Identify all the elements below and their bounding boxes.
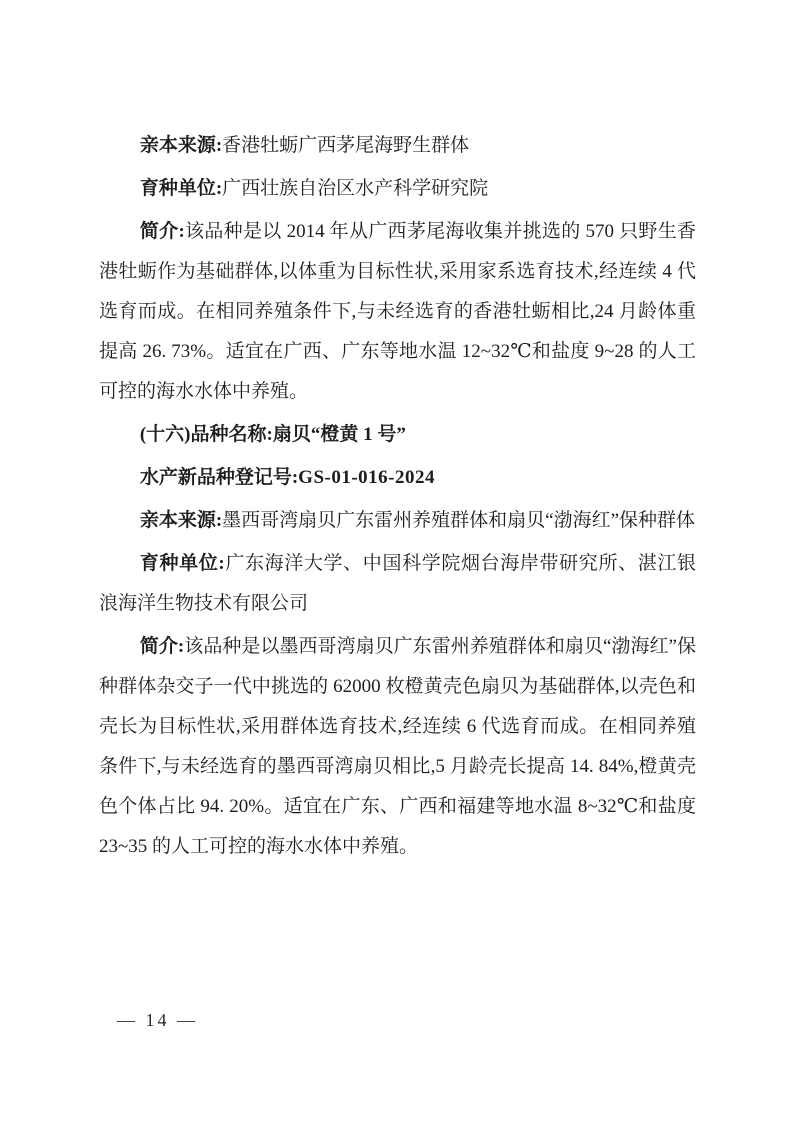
document-body: 亲本来源:香港牡蛎广西茅尾海野生群体 育种单位:广西壮族自治区水产科学研究院 简… <box>99 126 696 870</box>
field-value: 广西壮族自治区水产科学研究院 <box>222 178 488 199</box>
field-label: 亲本来源: <box>140 510 222 531</box>
field-introduction-1: 简介:该品种是以 2014 年从广西茅尾海收集并挑选的 570 只野生香港牡蛎作… <box>99 212 696 412</box>
heading-label: (十六)品种名称: <box>140 424 273 445</box>
field-label: 亲本来源: <box>140 135 222 156</box>
field-parent-source-2: 亲本来源:墨西哥湾扇贝广东雷州养殖群体和扇贝“渤海红”保种群体 <box>99 501 696 541</box>
field-value: 墨西哥湾扇贝广东雷州养殖群体和扇贝“渤海红”保种群体 <box>222 510 695 531</box>
field-label: 育种单位: <box>140 553 225 574</box>
field-value: GS-01-016-2024 <box>298 467 435 488</box>
section-heading-variety-16: (十六)品种名称:扇贝“橙黄 1 号” <box>99 415 696 455</box>
field-label: 水产新品种登记号: <box>140 467 298 488</box>
field-breeding-unit-1: 育种单位:广西壮族自治区水产科学研究院 <box>99 169 696 209</box>
heading-value: 扇贝“橙黄 1 号” <box>273 424 406 445</box>
page-number: — 14 — <box>117 1004 198 1036</box>
field-label: 简介: <box>140 221 185 242</box>
field-introduction-2: 简介:该品种是以墨西哥湾扇贝广东雷州养殖群体和扇贝“渤海红”保种群体杂交子一代中… <box>99 627 696 867</box>
field-label: 简介: <box>140 636 184 657</box>
field-registration-number: 水产新品种登记号:GS-01-016-2024 <box>99 458 696 498</box>
field-breeding-unit-2: 育种单位:广东海洋大学、中国科学院烟台海岸带研究所、湛江银浪海洋生物技术有限公司 <box>99 544 696 624</box>
field-parent-source-1: 亲本来源:香港牡蛎广西茅尾海野生群体 <box>99 126 696 166</box>
field-value: 该品种是以墨西哥湾扇贝广东雷州养殖群体和扇贝“渤海红”保种群体杂交子一代中挑选的… <box>99 636 696 857</box>
field-value: 该品种是以 2014 年从广西茅尾海收集并挑选的 570 只野生香港牡蛎作为基础… <box>99 221 696 402</box>
field-value: 香港牡蛎广西茅尾海野生群体 <box>222 135 469 156</box>
document-page: 亲本来源:香港牡蛎广西茅尾海野生群体 育种单位:广西壮族自治区水产科学研究院 简… <box>0 0 794 1123</box>
field-label: 育种单位: <box>140 178 222 199</box>
